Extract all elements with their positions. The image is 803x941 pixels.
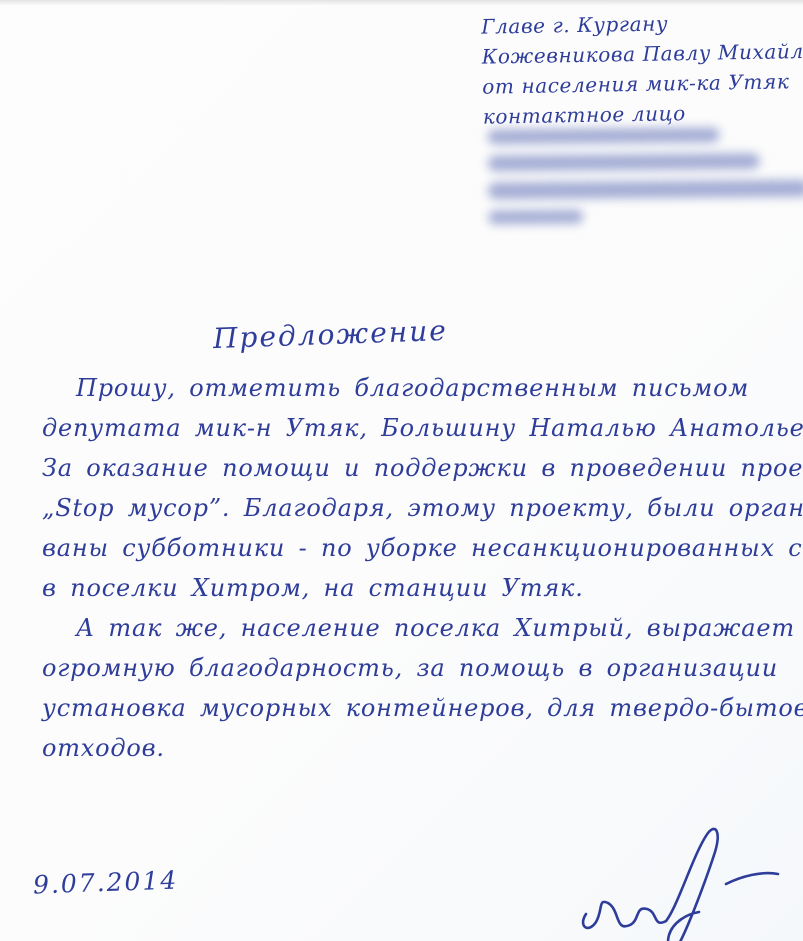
signature-stroke (570, 818, 790, 941)
redacted-line (488, 127, 720, 144)
scan-edge-shadow (0, 0, 803, 6)
letter-body: Прошу, отметить благодарственным письмом… (42, 368, 792, 768)
letter-title: Предложение (212, 314, 448, 355)
body-line: „Stop мусор”. Благодаря, этому проекту, … (42, 488, 792, 528)
body-line: установка мусорных контейнеров, для твер… (42, 688, 792, 728)
body-line: За оказание помощи и поддержки в проведе… (42, 448, 792, 488)
body-line: А так же, население поселка Хитрый, выра… (42, 608, 792, 648)
redacted-contact-info (488, 127, 803, 236)
letter-date: 9.07.2014 (33, 865, 179, 899)
body-line: депутата мик-н Утяк, Большину Наталью Ан… (42, 408, 792, 448)
body-line: Прошу, отметить благодарственным письмом (42, 368, 792, 408)
body-line: отходов. (42, 728, 792, 768)
letter-page: Главе г. Кургану Кожевникова Павлу Михай… (0, 0, 803, 941)
signature (570, 818, 790, 941)
body-line: огромную благодарность, за помощь в орга… (42, 648, 792, 688)
address-line: контактное лицо (483, 94, 803, 131)
recipient-address-block: Главе г. Кургану Кожевникова Павлу Михай… (481, 4, 803, 131)
redacted-line (488, 210, 583, 225)
redacted-line (488, 153, 760, 171)
body-line: ваны субботники - по уборке несанкционир… (42, 528, 792, 568)
body-line: в поселки Хитром, на станции Утяк. (42, 568, 792, 608)
redacted-line (488, 180, 803, 200)
address-line: от населения мик-ка Утяк (482, 64, 803, 101)
